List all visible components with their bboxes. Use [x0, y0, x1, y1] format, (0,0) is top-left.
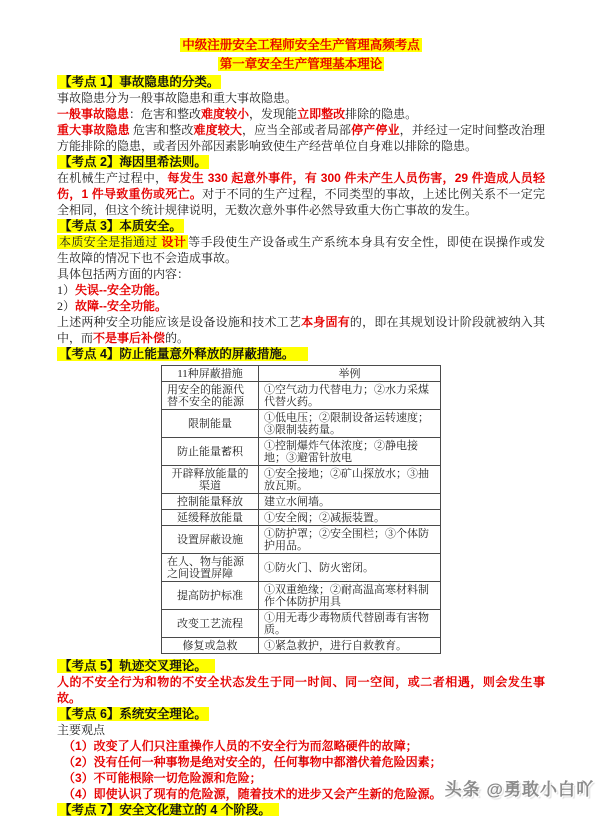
kp1-p3-text-a: 危害和整改 [130, 123, 194, 137]
table-row: 防止能量蓄积①控制爆炸气体浓度；②静电接地；③避雷针放电 [162, 438, 441, 466]
example-cell: ①空气动力代替电力；②水力采煤代替火药。 [259, 382, 441, 410]
document-titles: 中级注册安全工程师安全生产管理高频考点 第一章安全生产管理基本理论 [57, 36, 545, 74]
kp3-item2-number: 2） [57, 299, 75, 313]
table-header-row: 11种屏蔽措施 举例 [162, 366, 441, 382]
kp4-heading-line: 【考点 4】防止能量意外释放的屏蔽措施。 [57, 346, 545, 362]
kp1-p3-term: 重大事故隐患 [57, 123, 130, 137]
table-row: 改变工艺流程①用无毒少毒物质代替剧毒有害物质。 [162, 610, 441, 638]
kp3-item1-number: 1） [57, 283, 75, 297]
table-row: 设置屏蔽设施①防护罩；②安全围栏；③个体防护用品。 [162, 526, 441, 554]
doc-title-1: 中级注册安全工程师安全生产管理高频考点 [180, 38, 422, 52]
kp5-paragraph-1: 人的不安全行为和物的不安全状态发生于同一时间、同一空间，或二者相遇，则会发生事故… [57, 674, 545, 706]
kp3-p5-text-a: 上述两种安全功能应该是设备设施和技术工艺 [57, 315, 301, 329]
kp5-heading: 【考点 5】轨迹交叉理论。 [57, 659, 215, 673]
measure-cell: 延缓释放能量 [162, 510, 259, 526]
kp1-p2-text-c: 排除的隐患。 [345, 107, 417, 121]
kp7-heading-line: 【考点 7】安全文化建立的 4 个阶段。 [57, 802, 545, 816]
example-cell: ①紧急救护，进行自救教育。 [259, 638, 441, 654]
measure-cell: 提高防护标准 [162, 582, 259, 610]
measure-cell: 设置屏蔽设施 [162, 526, 259, 554]
doc-title-line-1: 中级注册安全工程师安全生产管理高频考点 [57, 36, 545, 55]
kp3-paragraph-1: 本质安全是指通过设计等手段使生产设备或生产系统本身具有安全性，即使在误操作或发生… [57, 234, 545, 266]
kp6-paragraph-1: 主要观点 [57, 722, 545, 738]
kp5-heading-line: 【考点 5】轨迹交叉理论。 [57, 658, 545, 674]
shield-measures-table: 11种屏蔽措施 举例 用安全的能源代替不安全的能源①空气动力代替电力；②水力采煤… [161, 365, 441, 654]
example-cell: ①安全接地；②矿山探放水；③抽放瓦斯。 [259, 466, 441, 494]
kp3-heading-line: 【考点 3】本质安全。 [57, 218, 545, 234]
kp3-heading: 【考点 3】本质安全。 [57, 219, 184, 233]
kp6-heading-line: 【考点 6】系统安全理论。 [57, 706, 545, 722]
kp3-paragraph-3: 上述两种安全功能应该是设备设施和技术工艺本身固有的，即在其规划设计阶段就被纳入其… [57, 314, 545, 346]
kp3-p1-highlight: 本质安全是指通过 [57, 235, 160, 249]
measure-cell: 改变工艺流程 [162, 610, 259, 638]
table-row: 在人、物与能源之间设置屏障①防火门、防火密闭。 [162, 554, 441, 582]
kp1-p2-text-a: ：危害和整改 [129, 107, 201, 121]
kp1-paragraph-3: 重大事故隐患 危害和整改难度较大，应当全部或者局部停产停业，并经过一定时间整改治… [57, 122, 545, 154]
kp3-list-item-1: 1）失误--安全功能。 [57, 282, 545, 298]
kp1-p3-em-a: 难度较大 [194, 123, 243, 137]
kp3-list-item-2: 2）故障--安全功能。 [57, 298, 545, 314]
page-number: 1 [0, 751, 602, 767]
kp1-p2-term: 一般事故隐患 [57, 107, 129, 121]
kp3-p5-em-a: 本身固有 [301, 315, 350, 329]
kp2-heading: 【考点 2】海因里希法则。 [57, 155, 209, 169]
kp2-heading-line: 【考点 2】海因里希法则。 [57, 154, 545, 170]
example-cell: ①控制爆炸气体浓度；②静电接地；③避雷针放电 [259, 438, 441, 466]
measure-cell: 防止能量蓄积 [162, 438, 259, 466]
example-cell: 建立水闸墙。 [259, 494, 441, 510]
kp1-p2-em-b: 立即整改 [297, 107, 345, 121]
table-row: 延缓释放能量①安全阀；②减振装置。 [162, 510, 441, 526]
measure-cell: 开辟释放能量的渠道 [162, 466, 259, 494]
table-row: 开辟释放能量的渠道①安全接地；②矿山探放水；③抽放瓦斯。 [162, 466, 441, 494]
kp1-p2-em-a: 难度较小 [201, 107, 249, 121]
example-cell: ①安全阀；②减振装置。 [259, 510, 441, 526]
measure-cell: 用安全的能源代替不安全的能源 [162, 382, 259, 410]
kp1-heading: 【考点 1】事故隐患的分类。 [57, 75, 221, 89]
kp1-paragraph-1: 事故隐患分为一般事故隐患和重大事故隐患。 [57, 90, 545, 106]
table-header-measure: 11种屏蔽措施 [162, 366, 259, 382]
kp3-p5-em-b: 不是事后补偿 [93, 331, 165, 345]
kp1-paragraph-2: 一般事故隐患：危害和整改难度较小，发现能立即整改排除的隐患。 [57, 106, 545, 122]
kp1-p2-text-b: ，发现能 [249, 107, 297, 121]
kp3-paragraph-2: 具体包括两方面的内容： [57, 266, 545, 282]
doc-title-2: 第一章安全生产管理基本理论 [218, 57, 385, 71]
kp3-p5-text-c: 的。 [165, 331, 189, 345]
example-cell: ①双重绝缘；②耐高温高寒材料制作个体防护用具 [259, 582, 441, 610]
kp2-p1-text-a: 在机械生产过程中， [57, 171, 167, 185]
watermark-toutiao: 头条 @勇敢小白吖 [445, 782, 594, 798]
table-row: 控制能量释放建立水闸墙。 [162, 494, 441, 510]
example-cell: ①防火门、防火密闭。 [259, 554, 441, 582]
kp1-p3-text-b: ，应当全部或者局部 [242, 123, 351, 137]
document-page: 中级注册安全工程师安全生产管理高频考点 第一章安全生产管理基本理论 【考点 1】… [0, 0, 602, 816]
measure-cell: 修复或急救 [162, 638, 259, 654]
table-row: 限制能量①低电压；②限制设备运转速度；③限制装药量。 [162, 410, 441, 438]
kp3-p1-em: 设计 [160, 235, 189, 249]
doc-title-line-2: 第一章安全生产管理基本理论 [57, 55, 545, 74]
kp3-item1-text: 失误--安全功能。 [75, 283, 167, 297]
kp4-heading: 【考点 4】防止能量意外释放的屏蔽措施。 [57, 347, 308, 361]
example-cell: ①用无毒少毒物质代替剧毒有害物质。 [259, 610, 441, 638]
kp3-item2-text: 故障--安全功能。 [75, 299, 167, 313]
example-cell: ①低电压；②限制设备运转速度；③限制装药量。 [259, 410, 441, 438]
kp7-heading: 【考点 7】安全文化建立的 4 个阶段。 [57, 803, 279, 816]
measure-cell: 在人、物与能源之间设置屏障 [162, 554, 259, 582]
measure-cell: 限制能量 [162, 410, 259, 438]
measure-cell: 控制能量释放 [162, 494, 259, 510]
table-row: 用安全的能源代替不安全的能源①空气动力代替电力；②水力采煤代替火药。 [162, 382, 441, 410]
table-row: 修复或急救①紧急救护，进行自救教育。 [162, 638, 441, 654]
kp6-heading: 【考点 6】系统安全理论。 [57, 707, 209, 721]
kp1-heading-line: 【考点 1】事故隐患的分类。 [57, 74, 545, 90]
kp2-paragraph-1: 在机械生产过程中，每发生 330 起意外事件，有 300 件未产生人员伤害，29… [57, 170, 545, 218]
example-cell: ①防护罩；②安全围栏；③个体防护用品。 [259, 526, 441, 554]
document-content: 中级注册安全工程师安全生产管理高频考点 第一章安全生产管理基本理论 【考点 1】… [57, 36, 545, 816]
table-header-example: 举例 [259, 366, 441, 382]
kp1-p3-em-b: 停产停业 [351, 123, 400, 137]
table-row: 提高防护标准①双重绝缘；②耐高温高寒材料制作个体防护用具 [162, 582, 441, 610]
